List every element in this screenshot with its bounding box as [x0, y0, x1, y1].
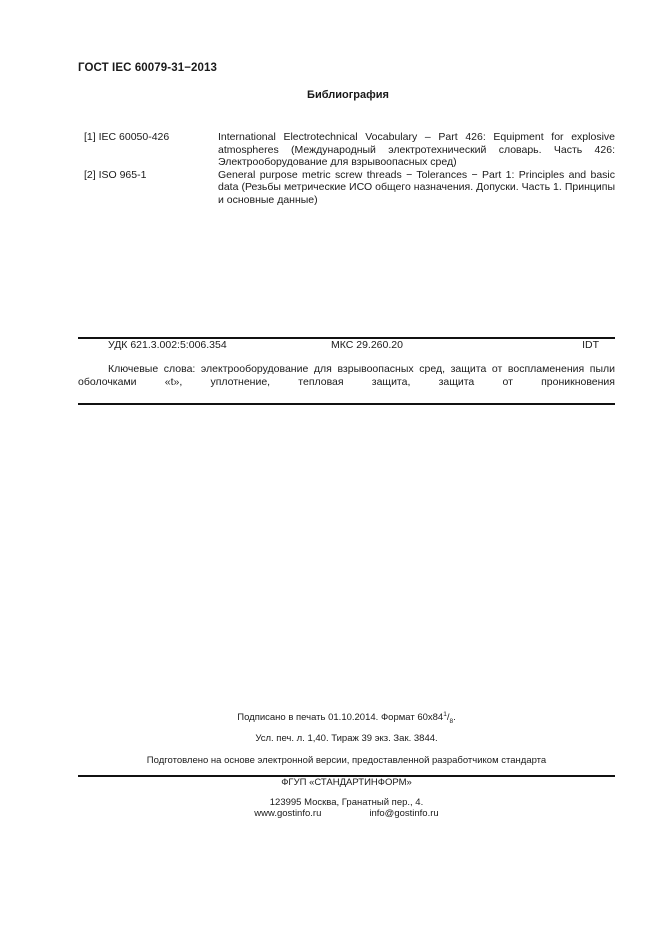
divider-middle: [78, 403, 615, 405]
signed-prefix: Подписано в печать 01.10.2014. Формат 60…: [237, 712, 443, 723]
publisher-address: 123995 Москва, Гранатный пер., 4.: [0, 797, 661, 808]
bibliography-key: [2] ISO 965-1: [84, 169, 218, 207]
website-link[interactable]: www.gostinfo.ru: [254, 808, 321, 819]
signed-for-print: Подписано в печать 01.10.2014. Формат 60…: [0, 711, 661, 725]
mks-code: МКС 29.260.20: [331, 339, 403, 351]
bibliography-entry: [2] ISO 965-1 General purpose metric scr…: [84, 169, 615, 207]
print-info: Усл. печ. л. 1,40. Тираж 39 экз. Зак. 38…: [0, 733, 661, 744]
signed-suffix: .: [453, 712, 456, 723]
format-numerator: 1: [443, 711, 447, 718]
bibliography-text: General purpose metric screw threads − T…: [218, 169, 615, 207]
document-code: ГОСТ IEC 60079-31−2013: [78, 62, 217, 74]
publisher-contacts: www.gostinfo.ruinfo@gostinfo.ru: [0, 808, 661, 819]
bibliography-key: [1] IEC 60050-426: [84, 131, 218, 169]
bibliography-entry: [1] IEC 60050-426 International Electrot…: [84, 131, 615, 169]
bibliography-list: [1] IEC 60050-426 International Electrot…: [84, 131, 615, 206]
udk-code: УДК 621.3.002:5:006.354: [108, 339, 227, 351]
publisher-name: ФГУП «СТАНДАРТИНФОРМ»: [0, 777, 661, 788]
section-title: Библиография: [0, 89, 661, 101]
bibliography-text: International Electrotechnical Vocabular…: [218, 131, 615, 169]
email-link[interactable]: info@gostinfo.ru: [369, 808, 438, 819]
keywords: Ключевые слова: электрооборудование для …: [78, 363, 615, 401]
prepared-note: Подготовлено на основе электронной верси…: [0, 755, 661, 766]
equivalence-degree: IDT: [582, 339, 599, 351]
